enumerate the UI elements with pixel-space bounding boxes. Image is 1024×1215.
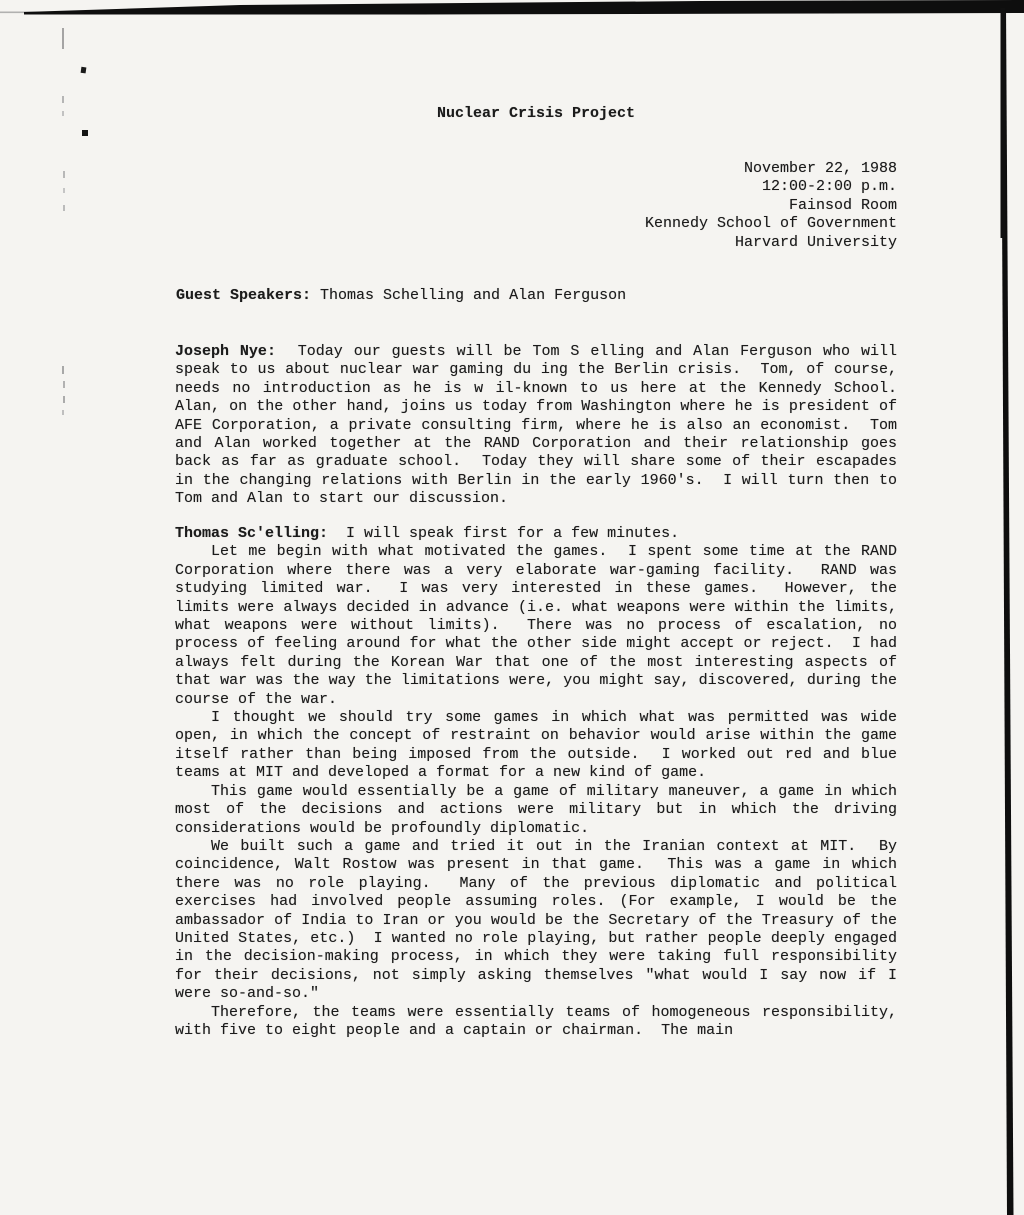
event-details-block: November 22, 1988 12:00-2:00 p.m. Fainso…	[175, 160, 897, 252]
speaker-name-nye: Joseph Nye:	[175, 343, 276, 360]
scan-artifact-left-margin-speckles	[62, 28, 88, 415]
schelling-paragraph-4: We built such a game and tried it out in…	[175, 838, 897, 1004]
scan-artifact-right-edge-line	[1001, 6, 1014, 1215]
scan-artifact-top-band	[0, 0, 1024, 15]
event-date: November 22, 1988	[175, 160, 897, 178]
nye-remarks: Joseph Nye: Today our guests will be Tom…	[175, 343, 897, 509]
schelling-opening-text: I will speak first for a few minutes.	[328, 525, 679, 542]
scanned-document-page: Nuclear Crisis Project November 22, 1988…	[0, 0, 1024, 1215]
nye-paragraph-text: Today our guests will be Tom S elling an…	[175, 343, 915, 507]
speaker-name-schelling: Thomas Sc'elling:	[175, 525, 328, 542]
event-university: Harvard University	[175, 234, 897, 252]
schelling-paragraph-5: Therefore, the teams were essentially te…	[175, 1004, 897, 1041]
schelling-paragraph-3: This game would essentially be a game of…	[175, 783, 897, 838]
guest-speakers-label: Guest Speakers:	[176, 287, 311, 304]
guest-speakers-names: Thomas Schelling and Alan Ferguson	[311, 287, 626, 304]
event-room: Fainsod Room	[175, 197, 897, 215]
document-title: Nuclear Crisis Project	[175, 105, 897, 123]
schelling-opening-line: Thomas Sc'elling: I will speak first for…	[175, 525, 897, 543]
nye-paragraph: Joseph Nye: Today our guests will be Tom…	[175, 343, 897, 509]
schelling-paragraph-2: I thought we should try some games in wh…	[175, 709, 897, 783]
event-school: Kennedy School of Government	[175, 215, 897, 233]
schelling-remarks: Thomas Sc'elling: I will speak first for…	[175, 525, 897, 1040]
guest-speakers-line: Guest Speakers: Thomas Schelling and Ala…	[176, 287, 916, 305]
event-time: 12:00-2:00 p.m.	[175, 178, 897, 196]
schelling-paragraph-1: Let me begin with what motivated the gam…	[175, 543, 897, 709]
